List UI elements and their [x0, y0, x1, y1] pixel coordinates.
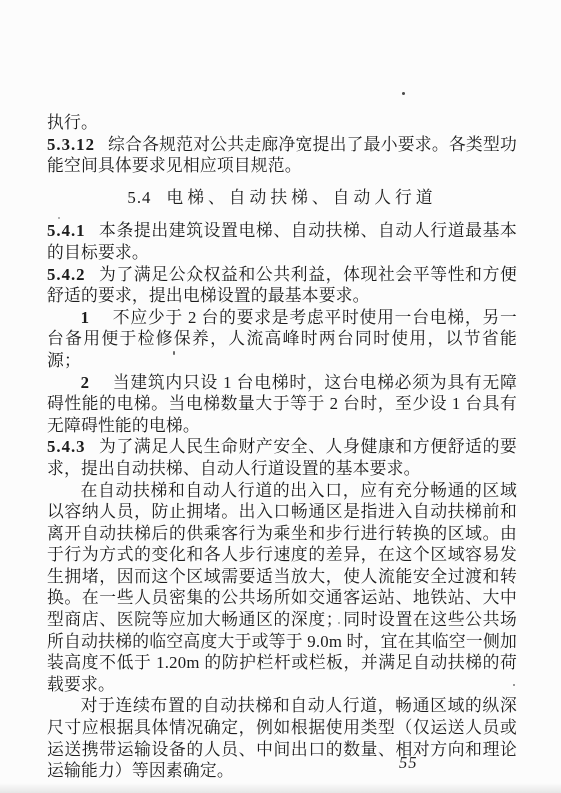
- document-page: 执行。5.3.12综合各规范对公共走廊净宽提出了最小要求。各类型功能空间具体要求…: [0, 0, 561, 793]
- clause-number: 5.3.12: [47, 135, 95, 154]
- numbered-item: 2当建筑内只设 1 台电梯时，这台电梯必须为具有无障碍性能的电梯。当电梯数量大于…: [47, 372, 517, 437]
- section-heading: 5.4电梯、自动扶梯、自动人行道: [47, 187, 517, 209]
- body-paragraph: 对于连续布置的自动扶梯和自动人行道，畅通区域的纵深尺寸应根据具体情况确定，例如根…: [47, 695, 517, 781]
- clause-number: 5.4.2: [47, 265, 86, 284]
- numbered-item: 1不应少于 2 台的要求是考虑平时使用一台电梯，另一台备用便于检修保养，人流高峰…: [47, 307, 517, 372]
- section-number: 5.4: [127, 188, 151, 207]
- paragraph-text: 为了满足公众权益和公共利益，体现社会平等性和方便舒适的要求，提出电梯设置的最基本…: [47, 265, 517, 306]
- clause-number: 5.4.1: [47, 221, 86, 240]
- clause-paragraph: 5.4.2为了满足公众权益和公共利益，体现社会平等性和方便舒适的要求，提出电梯设…: [47, 264, 517, 307]
- body-paragraph: 在自动扶梯和自动人行道的出入口，应有充分畅通的区域以容纳人员，防止拥堵。出入口畅…: [47, 480, 517, 696]
- paragraph-text: 在自动扶梯和自动人行道的出入口，应有充分畅通的区域以容纳人员，防止拥堵。出入口畅…: [47, 481, 517, 694]
- item-number: 1: [81, 308, 90, 327]
- paragraph-text: 执行。: [47, 113, 98, 132]
- page-number: 55: [399, 753, 418, 773]
- scan-speck: [402, 92, 405, 95]
- body-paragraph: 执行。: [47, 112, 517, 134]
- item-number: 2: [81, 373, 90, 392]
- paragraph-text: 对于连续布置的自动扶梯和自动人行道，畅通区域的纵深尺寸应根据具体情况确定，例如根…: [47, 696, 517, 780]
- clause-paragraph: 5.3.12综合各规范对公共走廊净宽提出了最小要求。各类型功能空间具体要求见相应…: [47, 134, 517, 177]
- clause-number: 5.4.3: [47, 437, 86, 456]
- paragraph-text: 综合各规范对公共走廊净宽提出了最小要求。各类型功能空间具体要求见相应项目规范。: [47, 135, 517, 176]
- paragraph-text: 当建筑内只设 1 台电梯时，这台电梯必须为具有无障碍性能的电梯。当电梯数量大于等…: [47, 373, 517, 435]
- paragraph-text: 为了满足人民生命财产安全、人身健康和方便舒适的要求，提出自动扶梯、自动人行道设置…: [47, 437, 517, 478]
- clause-paragraph: 5.4.1本条提出建筑设置电梯、自动扶梯、自动人行道最基本的目标要求。: [47, 220, 517, 263]
- paragraph-text: 电梯、自动扶梯、自动人行道: [166, 188, 436, 207]
- clause-paragraph: 5.4.3为了满足人民生命财产安全、人身健康和方便舒适的要求，提出自动扶梯、自动…: [47, 436, 517, 479]
- paragraph-text: 不应少于 2 台的要求是考虑平时使用一台电梯，另一台备用便于检修保养，人流高峰时…: [47, 308, 517, 370]
- paragraph-text: 本条提出建筑设置电梯、自动扶梯、自动人行道最基本的目标要求。: [47, 221, 517, 262]
- text-block: 执行。5.3.12综合各规范对公共走廊净宽提出了最小要求。各类型功能空间具体要求…: [47, 112, 517, 782]
